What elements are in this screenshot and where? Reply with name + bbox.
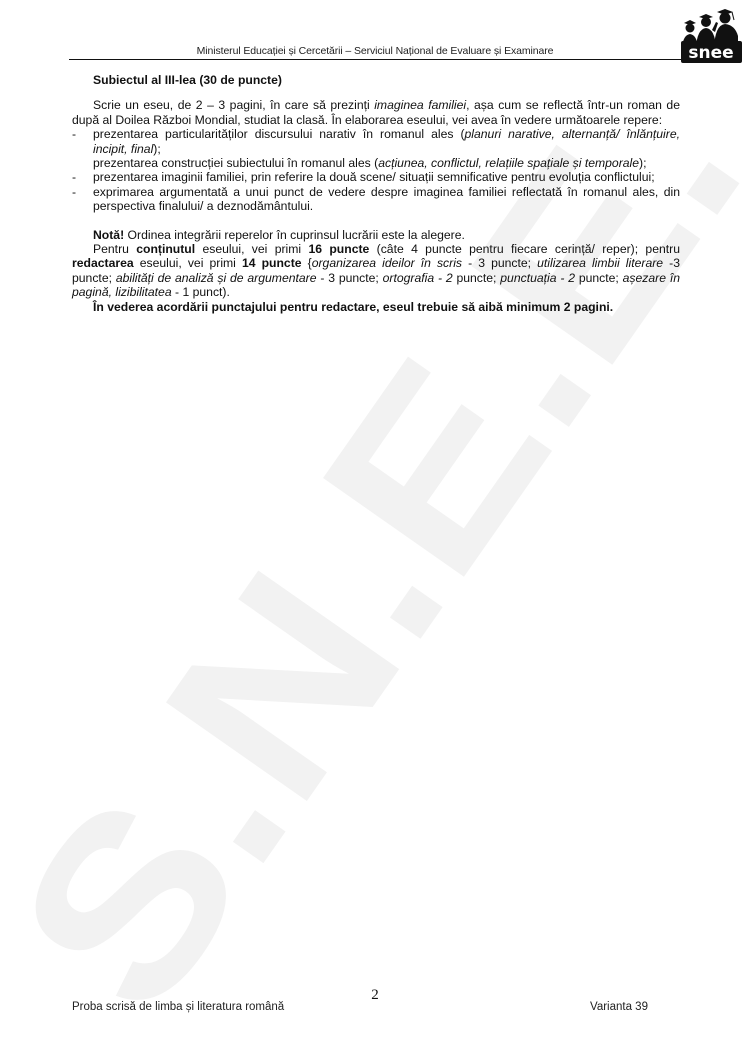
footer-exam-title: Proba scrisă de limba și literatura româ…	[72, 1001, 284, 1013]
note-text: Ordinea integrării reperelor în cuprinsu…	[124, 228, 465, 242]
intro-paragraph: Scrie un eseu, de 2 – 3 pagini, în care …	[72, 98, 680, 127]
intro-text: Scrie un eseu, de 2 – 3 pagini, în care …	[93, 98, 374, 112]
list-item-text-end: );	[153, 142, 160, 156]
scoring-bold: redactarea	[72, 256, 134, 270]
list-item-text: prezentarea particularităților discursul…	[93, 127, 465, 141]
list-item-text: prezentarea imaginii familiei, prin refe…	[93, 170, 655, 184]
snee-logo: snee	[678, 8, 744, 64]
footer-variant: Varianta 39	[590, 1001, 648, 1013]
list-item: prezentarea construcției subiectului în …	[72, 156, 680, 170]
scoring-text: - 3 puncte;	[462, 256, 537, 270]
list-dash: -	[72, 170, 76, 184]
list-item: -prezentarea imaginii familiei, prin ref…	[72, 170, 680, 184]
list-item: -exprimarea argumentată a unui punct de …	[72, 185, 680, 214]
scoring-text: {	[302, 256, 312, 270]
scoring-italic: abilități de analiză și de argumentare	[116, 271, 317, 285]
header-title: Ministerul Educației și Cercetării – Ser…	[0, 45, 750, 57]
scoring-text: eseului, vei primi	[134, 256, 242, 270]
note-label: Notă!	[93, 228, 124, 242]
scoring-text: - 3 puncte;	[317, 271, 383, 285]
scoring-italic: organizarea ideilor în scris	[312, 256, 462, 270]
scoring-text: puncte;	[453, 271, 501, 285]
list-item-text: prezentarea construcției subiectului în …	[93, 156, 378, 170]
section-title: Subiectul al III-lea (30 de puncte)	[93, 73, 680, 87]
scoring-text: eseului, vei primi	[195, 242, 308, 256]
note-paragraph: Notă! Ordinea integrării reperelor în cu…	[72, 228, 680, 242]
scoring-italic: punctuația - 2	[500, 271, 575, 285]
requirement-paragraph: În vederea acordării punctajului pentru …	[72, 300, 680, 314]
list-dash: -	[72, 127, 76, 141]
list-item-emphasis: acțiunea, conflictul, relațiile spațiale…	[378, 156, 639, 170]
document-page: Ministerul Educației și Cercetării – Ser…	[0, 0, 750, 1061]
scoring-italic: ortografia - 2	[383, 271, 453, 285]
scoring-paragraph: Pentru conținutul eseului, vei primi 16 …	[72, 242, 680, 300]
scoring-italic: utilizarea limbii literare	[537, 256, 663, 270]
list-item: -prezentarea particularităților discursu…	[72, 127, 680, 156]
header-divider	[69, 59, 681, 60]
logo-text: snee	[688, 43, 733, 63]
scoring-text: - 1 punct).	[172, 285, 230, 299]
list-item-text: exprimarea argumentată a unui punct de v…	[93, 185, 680, 213]
scoring-text: puncte;	[575, 271, 623, 285]
requirement-text: În vederea acordării punctajului pentru …	[93, 300, 613, 314]
scoring-bold: 14 puncte	[242, 256, 302, 270]
scoring-bold: 16 puncte	[308, 242, 369, 256]
scoring-text: (câte 4 puncte pentru fiecare cerință/ r…	[369, 242, 680, 256]
list-dash: -	[72, 185, 76, 199]
subject-content: Subiectul al III-lea (30 de puncte) Scri…	[72, 73, 680, 314]
intro-emphasis: imaginea familiei	[374, 98, 466, 112]
scoring-bold: conținutul	[136, 242, 195, 256]
list-item-text-end: );	[639, 156, 646, 170]
scoring-text: Pentru	[93, 242, 136, 256]
